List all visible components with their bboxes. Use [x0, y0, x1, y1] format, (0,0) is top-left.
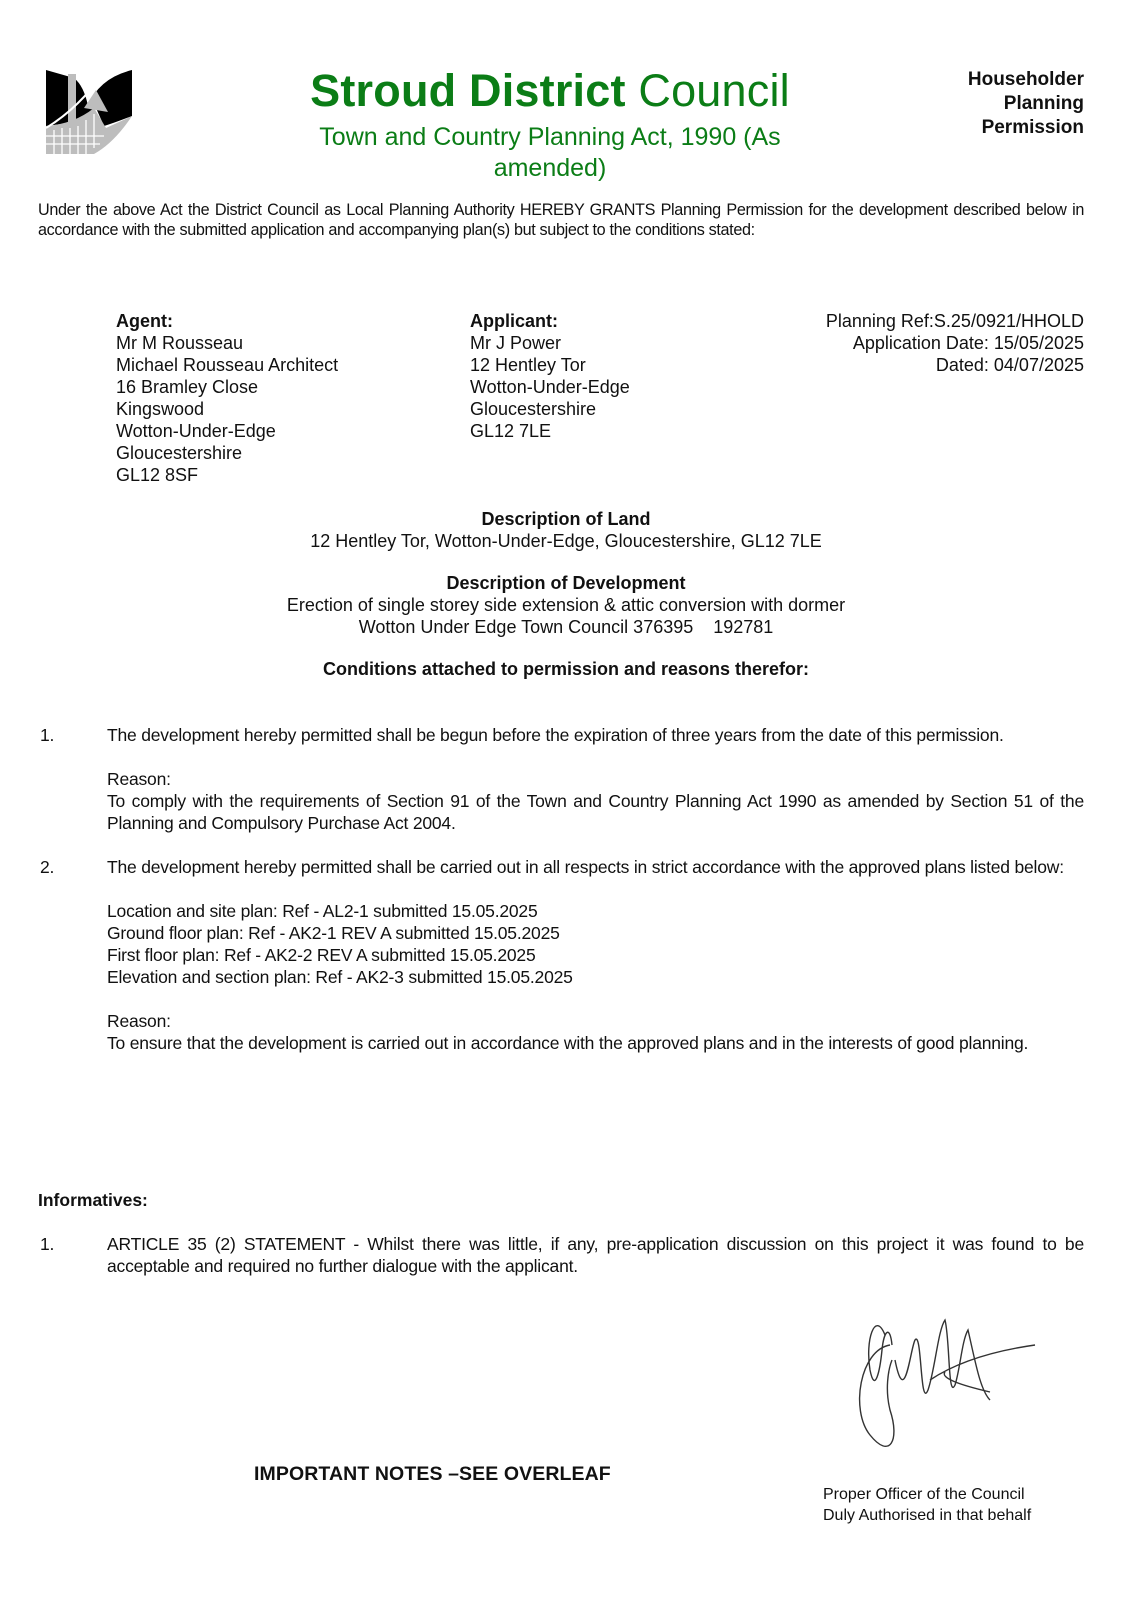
council-building-logo-icon — [44, 68, 134, 156]
condition-item: 1. The development hereby permitted shal… — [40, 724, 1084, 834]
act-title: Town and Country Planning Act, 1990 (As … — [290, 122, 810, 184]
officer-line: Proper Officer of the Council — [823, 1484, 1031, 1505]
condition-number: 2. — [40, 856, 107, 1054]
parish-line: Wotton Under Edge Town Council 376395 19… — [0, 616, 1132, 638]
land-heading: Description of Land — [0, 508, 1132, 530]
council-title-block: Stroud District Council Town and Country… — [240, 66, 860, 184]
officer-block: Proper Officer of the Council Duly Autho… — [823, 1484, 1031, 1526]
approved-plan: Location and site plan: Ref - AL2-1 subm… — [107, 900, 1084, 922]
development-text: Erection of single storey side extension… — [0, 594, 1132, 616]
informatives-list: 1. ARTICLE 35 (2) STATEMENT - Whilst the… — [40, 1233, 1084, 1277]
agent-line: GL12 8SF — [116, 464, 338, 486]
informative-number: 1. — [40, 1233, 107, 1277]
reason-text: To comply with the requirements of Secti… — [107, 790, 1084, 834]
informative-item: 1. ARTICLE 35 (2) STATEMENT - Whilst the… — [40, 1233, 1084, 1277]
applicant-line: Gloucestershire — [470, 398, 630, 420]
agent-line: Michael Rousseau Architect — [116, 354, 338, 376]
condition-text: The development hereby permitted shall b… — [107, 724, 1084, 746]
reason-text: To ensure that the development is carrie… — [107, 1032, 1084, 1054]
agent-label: Agent: — [116, 310, 338, 332]
applicant-line: Wotton-Under-Edge — [470, 376, 630, 398]
condition-number: 1. — [40, 724, 107, 834]
approved-plan: First floor plan: Ref - AK2-2 REV A subm… — [107, 944, 1084, 966]
conditions-heading: Conditions attached to permission and re… — [0, 658, 1132, 680]
description-of-land: Description of Land 12 Hentley Tor, Wott… — [0, 508, 1132, 552]
applicant-line: Mr J Power — [470, 332, 630, 354]
informatives-heading: Informatives: — [38, 1190, 148, 1211]
important-notes: IMPORTANT NOTES –SEE OVERLEAF — [254, 1463, 611, 1486]
informative-text: ARTICLE 35 (2) STATEMENT - Whilst there … — [107, 1233, 1084, 1277]
approved-plan: Ground floor plan: Ref - AK2-1 REV A sub… — [107, 922, 1084, 944]
applicant-label: Applicant: — [470, 310, 630, 332]
council-name: Stroud District Council — [240, 66, 860, 116]
application-date: Application Date: 15/05/2025 — [826, 332, 1084, 354]
document-type-line: Householder — [968, 68, 1084, 92]
officer-line: Duly Authorised in that behalf — [823, 1505, 1031, 1526]
agent-line: Gloucestershire — [116, 442, 338, 464]
agent-line: 16 Bramley Close — [116, 376, 338, 398]
document-type-line: Permission — [968, 116, 1084, 140]
agent-address: Agent: Mr M Rousseau Michael Rousseau Ar… — [116, 310, 338, 486]
description-of-development: Description of Development Erection of s… — [0, 572, 1132, 638]
conditions-list: 1. The development hereby permitted shal… — [40, 724, 1084, 1054]
document-type-line: Planning — [968, 92, 1084, 116]
grant-statement: Under the above Act the District Council… — [38, 200, 1084, 240]
reason-label: Reason: — [107, 1010, 1084, 1032]
council-logo — [44, 68, 134, 156]
reason-label: Reason: — [107, 768, 1084, 790]
approved-plan: Elevation and section plan: Ref - AK2-3 … — [107, 966, 1084, 988]
condition-item: 2. The development hereby permitted shal… — [40, 856, 1084, 1054]
reference-block: Planning Ref:S.25/0921/HHOLD Application… — [826, 310, 1084, 376]
applicant-line: 12 Hentley Tor — [470, 354, 630, 376]
applicant-address: Applicant: Mr J Power 12 Hentley Tor Wot… — [470, 310, 630, 442]
agent-line: Wotton-Under-Edge — [116, 420, 338, 442]
condition-text: The development hereby permitted shall b… — [107, 856, 1084, 878]
applicant-line: GL12 7LE — [470, 420, 630, 442]
document-type: Householder Planning Permission — [968, 68, 1084, 140]
signature — [850, 1300, 1070, 1460]
agent-line: Mr M Rousseau — [116, 332, 338, 354]
dated: Dated: 04/07/2025 — [826, 354, 1084, 376]
land-text: 12 Hentley Tor, Wotton-Under-Edge, Glouc… — [0, 530, 1132, 552]
handwritten-signature-icon — [850, 1300, 1070, 1460]
planning-ref: Planning Ref:S.25/0921/HHOLD — [826, 310, 1084, 332]
agent-line: Kingswood — [116, 398, 338, 420]
development-heading: Description of Development — [0, 572, 1132, 594]
